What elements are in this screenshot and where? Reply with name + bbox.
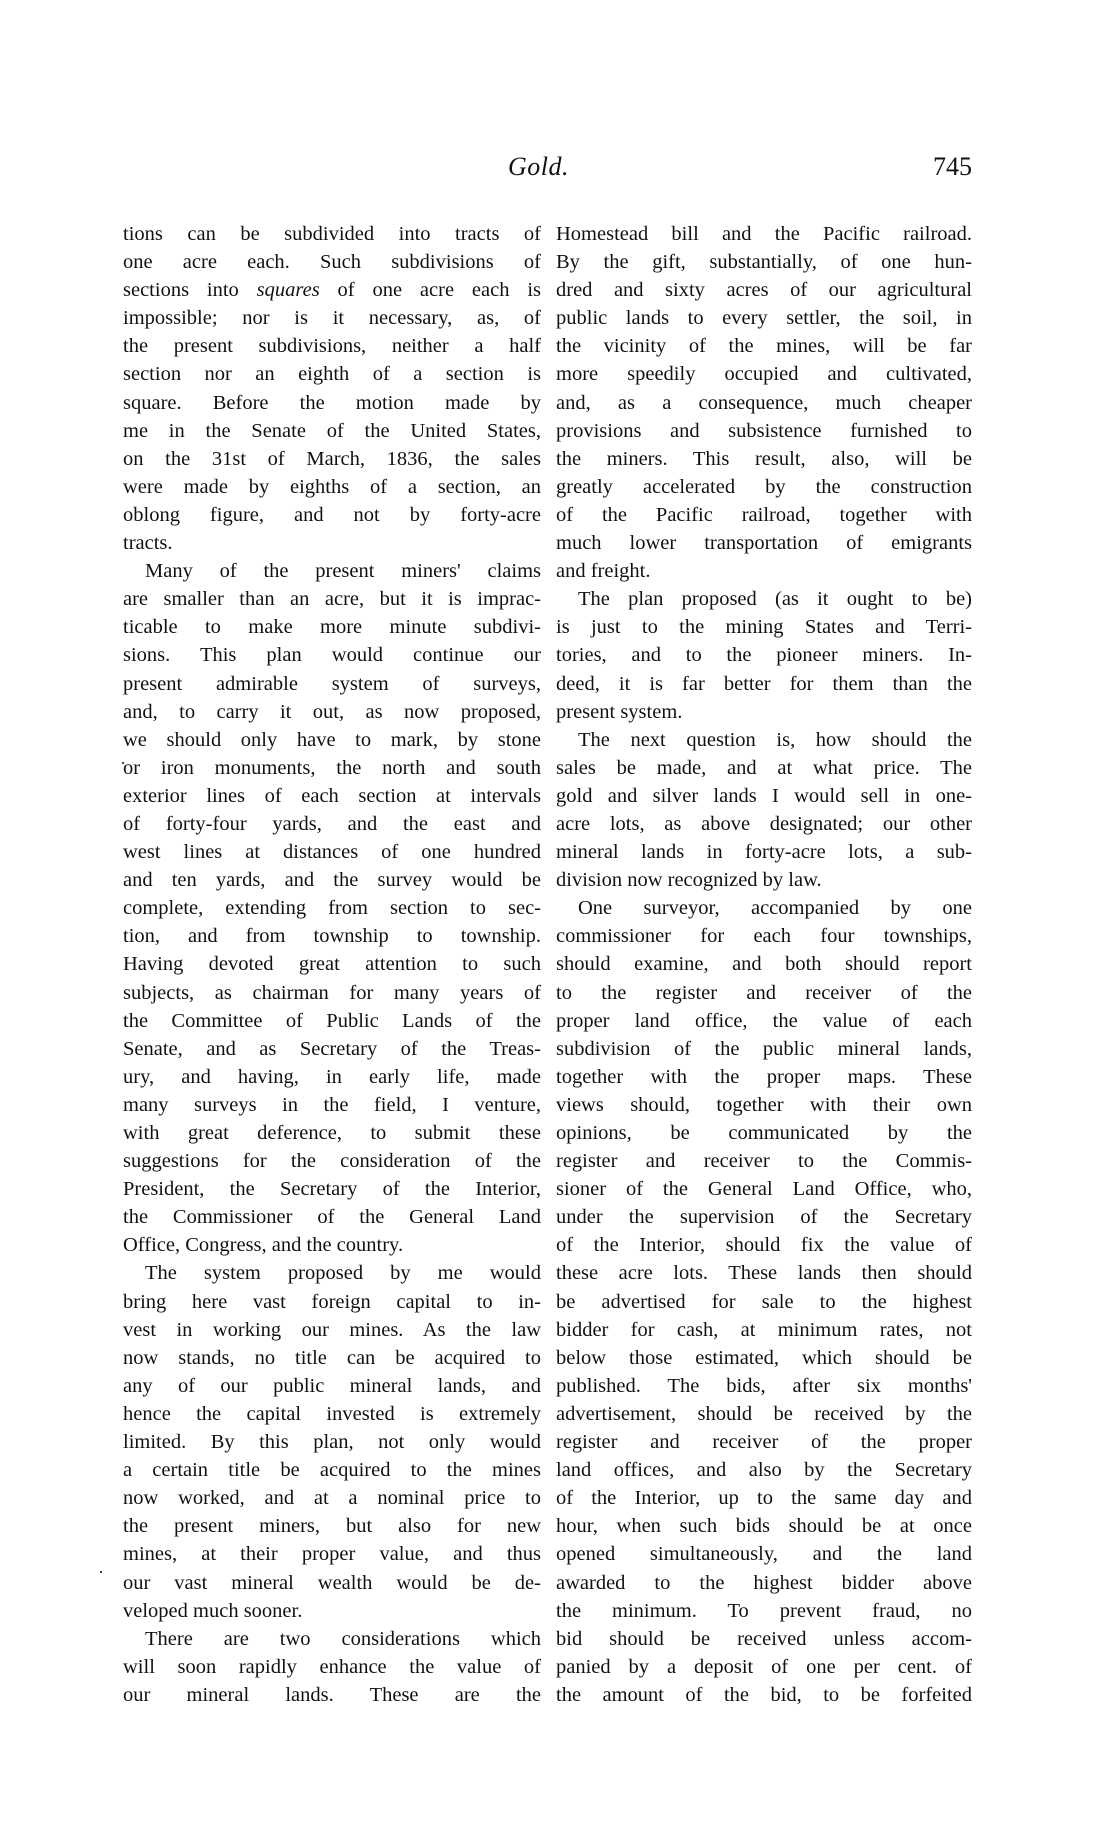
text-line: By the gift, substantially, of one hun- [556, 248, 972, 276]
text-line: the present subdivisions, neither a half [123, 332, 541, 360]
text-line: bring here vast foreign capital to in- [123, 1288, 541, 1316]
text-line: vest in working our mines. As the law [123, 1316, 541, 1344]
text-line: Many of the present miners' claims [123, 557, 541, 585]
text-line: tories, and to the pioneer miners. In- [556, 641, 972, 669]
text-line: sioner of the General Land Office, who, [556, 1175, 972, 1203]
text-line: bidder for cash, at minimum rates, not [556, 1316, 972, 1344]
text-line: tions can be subdivided into tracts of [123, 220, 541, 248]
text-line: of the Pacific railroad, together with [556, 501, 972, 529]
text-line: of the Interior, should fix the value of [556, 1231, 972, 1259]
text-line: veloped much sooner. [123, 1597, 541, 1625]
paragraph: There are two considerations which will … [123, 1625, 541, 1709]
text-line: subdivision of the public mineral lands, [556, 1035, 972, 1063]
text-line: advertisement, should be received by the [556, 1400, 972, 1428]
text-line: the Commissioner of the General Land [123, 1203, 541, 1231]
text-line: tracts. [123, 529, 541, 557]
text-line: me in the Senate of the United States, [123, 417, 541, 445]
text-line: the miners. This result, also, will be [556, 445, 972, 473]
text-line: proper land office, the value of each [556, 1007, 972, 1035]
text-line: ury, and having, in early life, made [123, 1063, 541, 1091]
text-line: ticable to make more minute subdivi- [123, 613, 541, 641]
text-line: our vast mineral wealth would be de- [123, 1569, 541, 1597]
text-line: west lines at distances of one hundred [123, 838, 541, 866]
text-line: be advertised for sale to the highest [556, 1288, 972, 1316]
text-line: the present miners, but also for new [123, 1512, 541, 1540]
text-line: panied by a deposit of one per cent. of [556, 1653, 972, 1681]
text-line: provisions and subsistence furnished to [556, 417, 972, 445]
text-line: President, the Secretary of the Interior… [123, 1175, 541, 1203]
text-line: should examine, and both should report [556, 950, 972, 978]
book-page: Gold. 745 tions can be subdivided into t… [0, 0, 1120, 1825]
paragraph: Homestead bill and the Pacific railroad.… [556, 220, 972, 585]
running-title: Gold. [508, 152, 569, 182]
text-line: Homestead bill and the Pacific railroad. [556, 220, 972, 248]
page-number: 745 [933, 152, 972, 182]
paragraph: tions can be subdivided into tracts of o… [123, 220, 541, 557]
scan-speck [100, 1571, 102, 1573]
text-line: opinions, be communicated by the [556, 1119, 972, 1147]
text-line: more speedily occupied and cultivated, [556, 360, 972, 388]
text-line: hence the capital invested is extremely [123, 1400, 541, 1428]
text-line: sions. This plan would continue our [123, 641, 541, 669]
text-line: sections into squares of one acre each i… [123, 276, 541, 304]
text-line: mineral lands in forty-acre lots, a sub- [556, 838, 972, 866]
text-line: now worked, and at a nominal price to [123, 1484, 541, 1512]
text-line: we should only have to mark, by stone [123, 726, 541, 754]
text-line: these acre lots. These lands then should [556, 1259, 972, 1287]
text-line: tion, and from township to township. [123, 922, 541, 950]
text-line: the Committee of Public Lands of the [123, 1007, 541, 1035]
text-line: to the register and receiver of the [556, 979, 972, 1007]
text-line: Senate, and as Secretary of the Treas- [123, 1035, 541, 1063]
text-line: the minimum. To prevent fraud, no [556, 1597, 972, 1625]
paragraph: The plan proposed (as it ought to be) is… [556, 585, 972, 725]
italic-word: squares [257, 279, 320, 301]
text-line: gold and silver lands I would sell in on… [556, 782, 972, 810]
text-line: any of our public mineral lands, and [123, 1372, 541, 1400]
text-line: the vicinity of the mines, will be far [556, 332, 972, 360]
paragraph: The system proposed by me would bring he… [123, 1259, 541, 1624]
text-line: exterior lines of each section at interv… [123, 782, 541, 810]
text-line: One surveyor, accompanied by one [556, 894, 972, 922]
text-line: There are two considerations which [123, 1625, 541, 1653]
text-line: limited. By this plan, not only would [123, 1428, 541, 1456]
text-line: deed, it is far better for them than the [556, 670, 972, 698]
text-line: a certain title be acquired to the mines [123, 1456, 541, 1484]
text-line: mines, at their proper value, and thus [123, 1540, 541, 1568]
text-line: The system proposed by me would [123, 1259, 541, 1287]
text-line: will soon rapidly enhance the value of [123, 1653, 541, 1681]
text-line: our mineral lands. These are the [123, 1681, 541, 1709]
text-line: below those estimated, which should be [556, 1344, 972, 1372]
text-line: division now recognized by law. [556, 866, 972, 894]
scan-speck [122, 762, 124, 764]
text-line: Office, Congress, and the country. [123, 1231, 541, 1259]
text-line: section nor an eighth of a section is [123, 360, 541, 388]
text-line: many surveys in the field, I venture, [123, 1091, 541, 1119]
text-line: are smaller than an acre, but it is impr… [123, 585, 541, 613]
text-line: and, as a consequence, much cheaper [556, 389, 972, 417]
text-line: complete, extending from section to sec- [123, 894, 541, 922]
text-line: together with the proper maps. These [556, 1063, 972, 1091]
text-line: is just to the mining States and Terri- [556, 613, 972, 641]
text-line: and freight. [556, 557, 972, 585]
text-line: were made by eighths of a section, an [123, 473, 541, 501]
text-line: Having devoted great attention to such [123, 950, 541, 978]
text-line: register and receiver to the Commis- [556, 1147, 972, 1175]
text-line: greatly accelerated by the construction [556, 473, 972, 501]
text-line: under the supervision of the Secretary [556, 1203, 972, 1231]
right-column: Homestead bill and the Pacific railroad.… [556, 220, 972, 1709]
text-line: awarded to the highest bidder above [556, 1569, 972, 1597]
text-line: oblong figure, and not by forty-acre [123, 501, 541, 529]
text-line: and ten yards, and the survey would be [123, 866, 541, 894]
text-line: The next question is, how should the [556, 726, 972, 754]
text-line: register and receiver of the proper [556, 1428, 972, 1456]
paragraph: One surveyor, accompanied by one commiss… [556, 894, 972, 1709]
text-line: subjects, as chairman for many years of [123, 979, 541, 1007]
text-line: square. Before the motion made by [123, 389, 541, 417]
text-line: now stands, no title can be acquired to [123, 1344, 541, 1372]
text-line: much lower transportation of emigrants [556, 529, 972, 557]
text-line: bid should be received unless accom- [556, 1625, 972, 1653]
text-line: acre lots, as above designated; our othe… [556, 810, 972, 838]
text-line: opened simultaneously, and the land [556, 1540, 972, 1568]
text-line: or iron monuments, the north and south [123, 754, 541, 782]
text-line: sales be made, and at what price. The [556, 754, 972, 782]
text-line: present system. [556, 698, 972, 726]
text-line: suggestions for the consideration of the [123, 1147, 541, 1175]
text-line: one acre each. Such subdivisions of [123, 248, 541, 276]
text-line: public lands to every settler, the soil,… [556, 304, 972, 332]
text-line: views should, together with their own [556, 1091, 972, 1119]
paragraph: Many of the present miners' claims are s… [123, 557, 541, 1259]
text-line: present admirable system of surveys, [123, 670, 541, 698]
text-line: dred and sixty acres of our agricultural [556, 276, 972, 304]
text-line: impossible; nor is it necessary, as, of [123, 304, 541, 332]
text-line: on the 31st of March, 1836, the sales [123, 445, 541, 473]
text-line: land offices, and also by the Secretary [556, 1456, 972, 1484]
text-line: hour, when such bids should be at once [556, 1512, 972, 1540]
text-line: of the Interior, up to the same day and [556, 1484, 972, 1512]
text-line: published. The bids, after six months' [556, 1372, 972, 1400]
text-line: The plan proposed (as it ought to be) [556, 585, 972, 613]
text-line: of forty-four yards, and the east and [123, 810, 541, 838]
paragraph: The next question is, how should the sal… [556, 726, 972, 895]
text-line: with great deference, to submit these [123, 1119, 541, 1147]
text-line: commissioner for each four townships, [556, 922, 972, 950]
left-column: tions can be subdivided into tracts of o… [123, 220, 541, 1709]
text-line: and, to carry it out, as now proposed, [123, 698, 541, 726]
text-line: the amount of the bid, to be forfeited [556, 1681, 972, 1709]
running-head: Gold. 745 [122, 152, 972, 188]
